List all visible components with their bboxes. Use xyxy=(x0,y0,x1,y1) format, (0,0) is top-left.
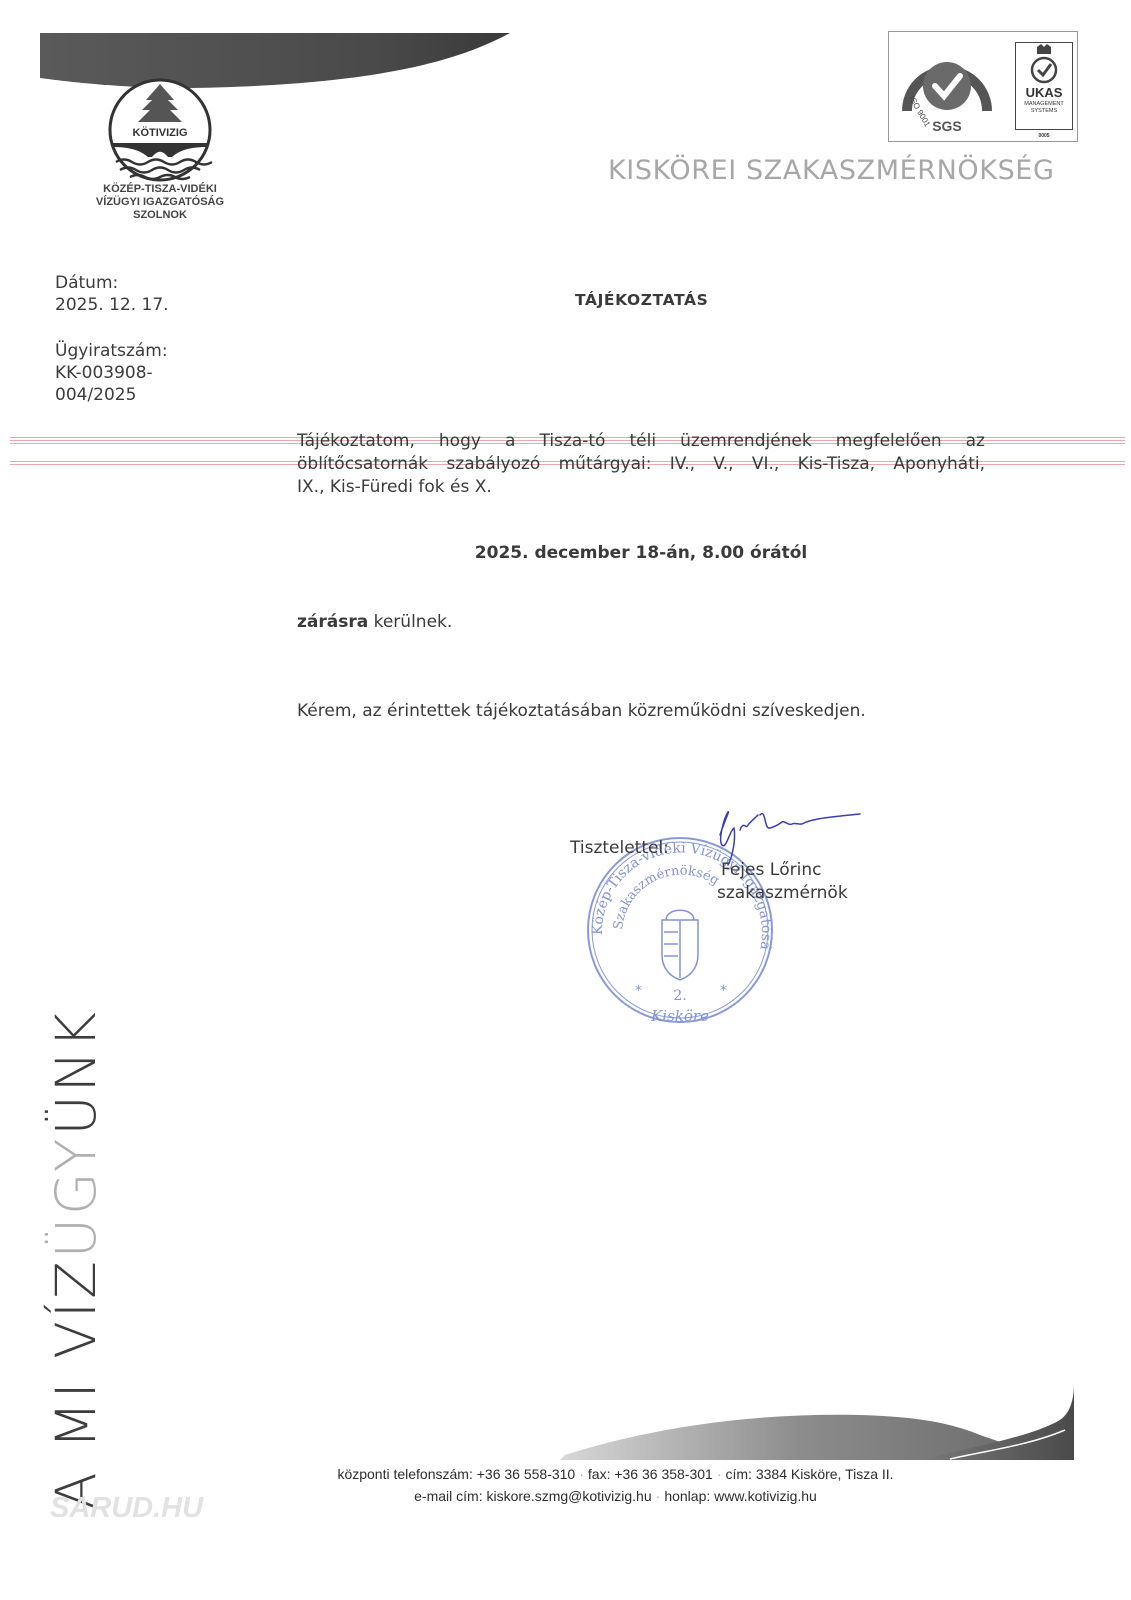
separator: · xyxy=(713,1466,726,1482)
office-title: KISKÖREI SZAKASZMÉRNÖKSÉG xyxy=(608,155,1055,186)
svg-text:Kisköre: Kisköre xyxy=(650,1007,709,1025)
closure-statement: zárásra kerülnek. xyxy=(297,612,452,632)
svg-text:SGS: SGS xyxy=(932,118,962,134)
handwritten-signature xyxy=(700,800,880,870)
org-name-line: VÍZÜGYI IGAZGATÓSÁG xyxy=(60,196,260,209)
closure-date-time: 2025. december 18-án, 8.00 órától xyxy=(297,543,985,563)
reference-label: Ügyiratszám: xyxy=(55,340,168,362)
slogan-part-highlight: ÜGY xyxy=(44,1135,108,1258)
date-value: 2025. 12. 17. xyxy=(55,294,169,316)
document-title: TÁJÉKOZTATÁS xyxy=(575,291,708,309)
ukas-management-systems-badge: UKAS MANAGEMENT SYSTEMS 0005 xyxy=(1015,42,1073,142)
separator: · xyxy=(575,1466,588,1482)
org-name-line: SZOLNOK xyxy=(60,209,260,222)
paragraph-line: IX., Kis-Füredi fok és X. xyxy=(297,476,985,499)
kotivizig-logo: KÖTIVIZIG xyxy=(100,70,220,190)
reference-value-line1: KK-003908- xyxy=(55,362,168,384)
check-icon xyxy=(1038,64,1051,75)
coat-of-arms-icon xyxy=(662,910,698,980)
reference-value-line2: 004/2025 xyxy=(55,384,168,406)
footer-swoosh-decoration xyxy=(560,1375,1100,1460)
reference-number-block: Ügyiratszám: KK-003908- 004/2025 xyxy=(55,340,168,406)
body-paragraph: Tájékoztatom, hogy a Tisza-tó téli üzemr… xyxy=(297,430,985,499)
svg-text:UKAS: UKAS xyxy=(1026,85,1063,100)
date-label: Dátum: xyxy=(55,272,169,294)
request-sentence: Kérem, az érintettek tájékoztatásában kö… xyxy=(297,701,866,721)
footer-phone: központi telefonszám: +36 36 558-310 xyxy=(337,1466,575,1482)
sgs-iso-9001-badge: ISO 9001 SGS xyxy=(893,36,998,136)
footer-address: cím: 3384 Kisköre, Tisza II. xyxy=(726,1466,894,1482)
svg-text:0005: 0005 xyxy=(1038,133,1049,139)
footer-fax: fax: +36 36 358-301 xyxy=(588,1466,713,1482)
organization-name: KÖZÉP-TISZA-VIDÉKI VÍZÜGYI IGAZGATÓSÁG S… xyxy=(60,183,260,222)
footer-website-link[interactable]: honlap: www.kotivizig.hu xyxy=(664,1488,817,1504)
footer-email-link[interactable]: e-mail cím: kiskore.szmg@kotivizig.hu xyxy=(414,1488,652,1504)
greeting: Tisztelettel: xyxy=(570,838,669,858)
paragraph-line: öblítőcsatornák szabályozó műtárgyai: IV… xyxy=(297,453,985,476)
signer-title: szakaszmérnök xyxy=(717,883,848,903)
footer-contact-line: központi telefonszám: +36 36 558-310·fax… xyxy=(0,1466,1131,1482)
svg-text:MANAGEMENT: MANAGEMENT xyxy=(1024,101,1064,107)
watermark: SARUD.HU xyxy=(50,1492,203,1525)
svg-text:SYSTEMS: SYSTEMS xyxy=(1031,108,1058,114)
paragraph-line: Tájékoztatom, hogy a Tisza-tó téli üzemr… xyxy=(297,430,985,453)
org-name-line: KÖZÉP-TISZA-VIDÉKI xyxy=(60,183,260,196)
closure-keyword: zárásra xyxy=(297,612,368,632)
date-block: Dátum: 2025. 12. 17. xyxy=(55,272,169,316)
vertical-slogan: A MI VÍZÜGYÜNK xyxy=(30,1040,110,1510)
slogan-part: ÜNK xyxy=(44,1009,108,1135)
svg-text:*: * xyxy=(720,983,727,999)
separator: · xyxy=(652,1488,665,1504)
crown-icon xyxy=(1037,44,1051,54)
svg-text:*: * xyxy=(635,983,642,999)
svg-text:2.: 2. xyxy=(673,988,686,1004)
svg-text:KÖTIVIZIG: KÖTIVIZIG xyxy=(133,126,188,139)
closure-rest: kerülnek. xyxy=(368,612,452,632)
